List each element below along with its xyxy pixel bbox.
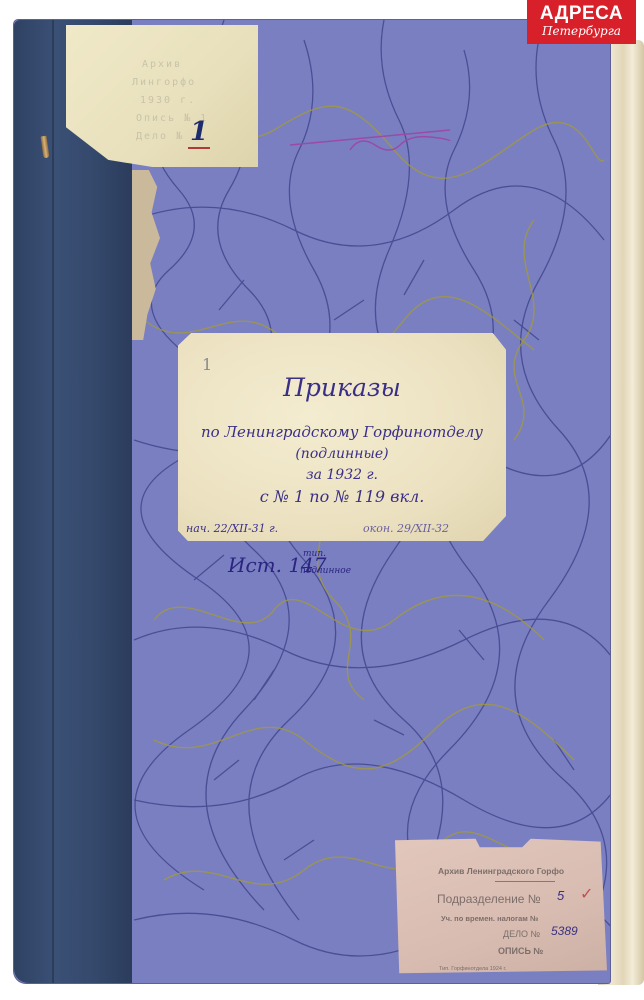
watermark-logo: АДРЕСА Петербурга	[527, 0, 636, 44]
label-department: по Ленинградскому Горфинотделу	[190, 423, 494, 441]
title-label: 1 Приказы по Ленинградскому Горфинотделу…	[178, 333, 506, 541]
logo-line2: Петербурга	[527, 24, 636, 38]
delo-value: 5389	[551, 924, 578, 938]
subdivision-label: Подразделение №	[437, 892, 541, 906]
archive-organization: Архив Ленинградского Горфо	[395, 866, 607, 876]
archive-label-bottom: Архив Ленинградского Горфо Подразделение…	[395, 836, 607, 976]
handwritten-subnote: тип.	[303, 549, 326, 559]
red-check-icon: ✓	[580, 884, 593, 904]
logo-line1: АДРЕСА	[527, 4, 636, 24]
subdivision-value: 5	[557, 888, 564, 903]
opis-label: ОПИСЬ №	[498, 946, 543, 956]
label-originals: (подлинные)	[178, 446, 506, 462]
handwritten-note: Ист. 147 тип. подлинное	[228, 553, 327, 577]
label-range: с № 1 по № 119 вкл.	[178, 487, 506, 506]
archive-label-line: Лингорфо	[132, 77, 196, 88]
delo-number: 1	[190, 117, 208, 147]
label-end-date: окон. 29/XII-32	[363, 522, 449, 535]
cloth-spine	[14, 20, 132, 983]
label-title: Приказы	[178, 373, 506, 402]
printer-imprint: Тип. Горфинотдела 1924 г.	[439, 966, 506, 972]
archive-label-line: Архив	[142, 59, 182, 70]
archive-label-top: Архив Лингорфо 1930 г. Опись № 1 Дело № …	[66, 25, 258, 167]
divider	[495, 881, 555, 882]
purple-pencil-scribble	[290, 120, 460, 170]
label-start-date: нач. 22/XII-31 г.	[186, 522, 278, 535]
pencil-mark: 1	[202, 355, 212, 374]
red-underline	[188, 147, 210, 149]
handwritten-subnote: подлинное	[300, 566, 351, 576]
archive-label-line: 1930 г.	[140, 95, 196, 106]
archive-label-line: Дело №	[136, 131, 184, 142]
delo-label: ДЕЛО №	[503, 929, 540, 939]
label-year: за 1932 г.	[178, 467, 506, 483]
section-label: Уч. по времен. налогам №	[441, 914, 538, 923]
